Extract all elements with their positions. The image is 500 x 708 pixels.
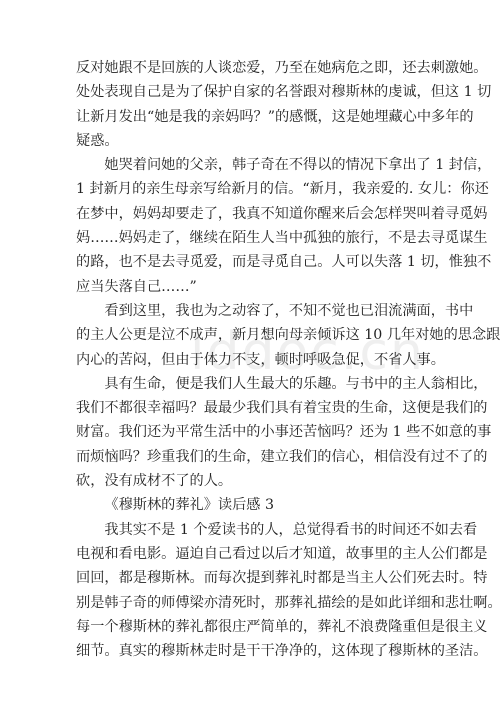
text-line: 1 封新月的亲生母亲写给新月的信。“新月，我亲爱的. 女儿：你还 — [76, 177, 418, 201]
text-line: 反对她跟不是回族的人谈恋爱，乃至在她病危之即，还去刺激她。 — [76, 56, 418, 80]
document-page: 反对她跟不是回族的人谈恋爱，乃至在她病危之即，还去刺激她。处处表现自己是为了保护… — [76, 56, 418, 663]
text-line: 《穆斯林的葬礼》读后感 3 — [76, 493, 418, 517]
paragraph: 看到这里，我也为之动容了，不知不觉也已泪流满面，书中的主人公更是泣不成声，新月想… — [76, 299, 418, 372]
text-line: 我其实不是 1 个爱读书的人，总觉得看书的时间还不如去看 — [76, 518, 418, 542]
text-line: 疑惑。 — [76, 129, 418, 153]
paragraph: 她哭着问她的父亲，韩子奇在不得以的情况下拿出了 1 封信，1 封新月的亲生母亲写… — [76, 153, 418, 299]
text-line: 财富。我们还为平常生活中的小事还苦恼吗？还为 1 些不如意的事 — [76, 420, 418, 444]
paragraph: 我其实不是 1 个爱读书的人，总觉得看书的时间还不如去看电视和看电影。逼迫自己看… — [76, 518, 418, 664]
text-line: 在梦中，妈妈却要走了，我真不知道你醒来后会怎样哭叫着寻觅妈 — [76, 202, 418, 226]
text-line: 的路，也不是去寻觅爱，而是寻觅自己。人可以失落 1 切，惟独不 — [76, 250, 418, 274]
text-line: 看到这里，我也为之动容了，不知不觉也已泪流满面，书中 — [76, 299, 418, 323]
text-line: 妈……妈妈走了，继续在陌生人当中孤独的旅行，不是去寻觅谋生 — [76, 226, 418, 250]
text-line: 具有生命，便是我们人生最大的乐趣。与书中的主人翁相比， — [76, 372, 418, 396]
text-line: 的主人公更是泣不成声，新月想向母亲倾诉这 10 几年对她的思念跟 — [76, 323, 418, 347]
text-line: 处处表现自己是为了保护自家的名誉跟对穆斯林的虔诚，但这 1 切 — [76, 80, 418, 104]
text-line: 让新月发出“她是我的亲妈吗？”的感慨，这是她埋藏心中多年的 — [76, 105, 418, 129]
text-line: 她哭着问她的父亲，韩子奇在不得以的情况下拿出了 1 封信， — [76, 153, 418, 177]
section-heading: 《穆斯林的葬礼》读后感 3 — [76, 493, 418, 517]
text-line: 细节。真实的穆斯林走时是干干净净的，这体现了穆斯林的圣洁。 — [76, 639, 418, 663]
text-line: 内心的苦闷，但由于体力不支，顿时呼吸急促，不省人事。 — [76, 348, 418, 372]
text-line: 砍，没有成材不了的人。 — [76, 469, 418, 493]
text-line: 我们不都很幸福吗？最最少我们具有着宝贵的生命，这便是我们的 — [76, 396, 418, 420]
paragraph: 反对她跟不是回族的人谈恋爱，乃至在她病危之即，还去刺激她。处处表现自己是为了保护… — [76, 56, 418, 153]
text-line: 而烦恼吗？珍重我们的生命，建立我们的信心，相信没有过不了的 — [76, 445, 418, 469]
paragraph: 具有生命，便是我们人生最大的乐趣。与书中的主人翁相比，我们不都很幸福吗？最最少我… — [76, 372, 418, 493]
text-line: 应当失落自己……” — [76, 275, 418, 299]
text-line: 别是韩子奇的师傅梁亦清死时，那葬礼描绘的是如此详细和悲壮啊。 — [76, 591, 418, 615]
text-line: 回回，都是穆斯林。而每次提到葬礼时都是当主人公们死去时。特 — [76, 566, 418, 590]
text-line: 每一个穆斯林的葬礼都很庄严简单的，葬礼不浪费隆重但是很主义 — [76, 615, 418, 639]
text-line: 电视和看电影。逼迫自己看过以后才知道，故事里的主人公们都是 — [76, 542, 418, 566]
